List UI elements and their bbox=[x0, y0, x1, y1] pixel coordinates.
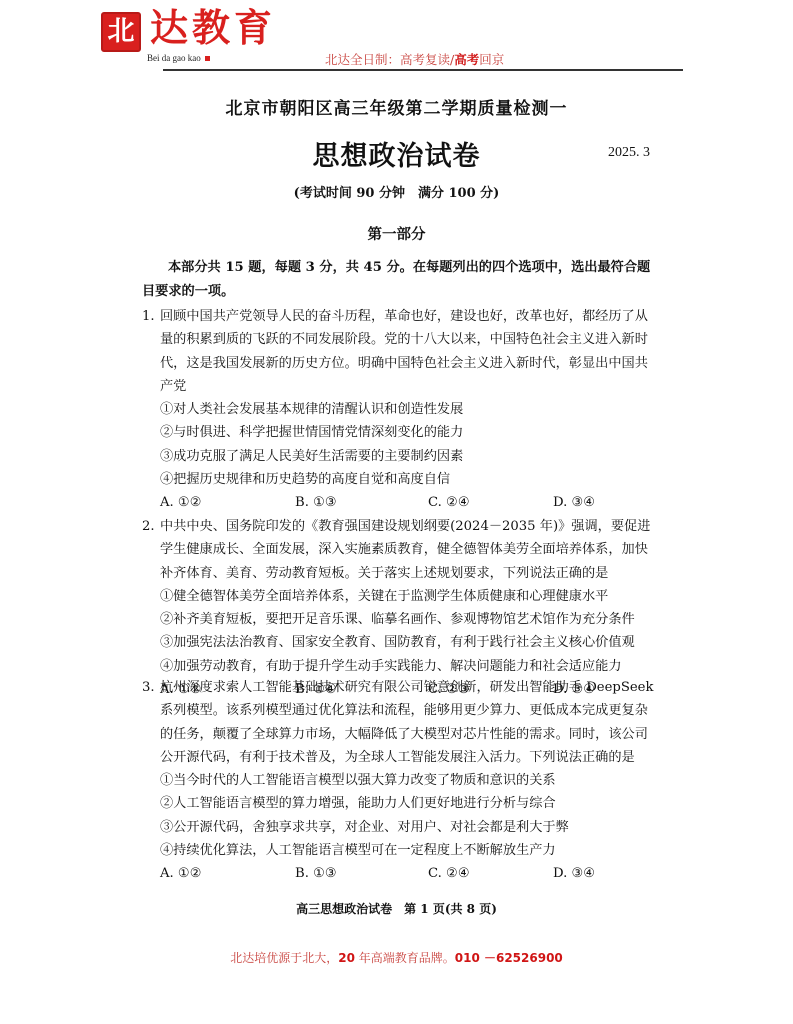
question-stem: 1. 回顾中国共产党领导人民的奋斗历程，革命也好，建设也好，改革也好，都经历了从… bbox=[142, 305, 657, 398]
exam-date: 2025. 3 bbox=[608, 145, 650, 161]
exam-subtitle: 北京市朝阳区高三年级第二学期质量检测一 bbox=[0, 94, 793, 119]
brand-slogan: 北达全日制：高考复读/高考回京 bbox=[325, 50, 504, 68]
question-stem-text: 杭州深度求索人工智能基础技术研究有限公司锐意创新，研发出智能助手 DeepSee… bbox=[160, 680, 653, 765]
option-c[interactable]: C. ②④ bbox=[428, 862, 470, 885]
option-d[interactable]: D. ③④ bbox=[553, 862, 595, 885]
option-a[interactable]: A. ①② bbox=[160, 862, 202, 885]
question-3: 3. 杭州深度求索人工智能基础技术研究有限公司锐意创新，研发出智能助手 Deep… bbox=[142, 676, 657, 885]
statement: ③成功克服了满足人民美好生活需要的主要制约因素 bbox=[142, 445, 657, 468]
promo-middle: 年高端教育品牌。 bbox=[355, 951, 455, 965]
answer-options: A. ①② B. ①③ C. ②④ D. ③④ bbox=[142, 491, 657, 514]
exam-time-info: (考试时间 90 分钟 满分 100 分) bbox=[0, 182, 793, 201]
question-stem-text: 中共中央、国务院印发的《教育强国建设规划纲要(2024－2035 年)》强调，要… bbox=[160, 519, 650, 581]
question-2: 2. 中共中央、国务院印发的《教育强国建设规划纲要(2024－2035 年)》强… bbox=[142, 515, 657, 701]
question-stem: 2. 中共中央、国务院印发的《教育强国建设规划纲要(2024－2035 年)》强… bbox=[142, 515, 657, 585]
question-stem-text: 回顾中国共产党领导人民的奋斗历程，革命也好，建设也好，改革也好，都经历了从量的积… bbox=[160, 309, 648, 394]
slogan-suffix: 回京 bbox=[479, 52, 504, 67]
brand-logo-text: 达教育 bbox=[150, 6, 276, 50]
statement: ③加强宪法法治教育、国家安全教育、国防教育，有利于践行社会主义核心价值观 bbox=[142, 631, 657, 654]
exam-title: 思想政治试卷 bbox=[0, 134, 793, 173]
statement: ①对人类社会发展基本规律的清醒认识和创造性发展 bbox=[142, 398, 657, 421]
statement: ①健全德智体美劳全面培养体系，关键在于监测学生体质健康和心理健康水平 bbox=[142, 585, 657, 608]
promo-footer: 北达培优源于北大，20 年高端教育品牌。010 －62526900 bbox=[0, 949, 793, 966]
statement: ④持续优化算法，人工智能语言模型可在一定程度上不断解放生产力 bbox=[142, 839, 657, 862]
answer-options: A. ①② B. ①③ C. ②④ D. ③④ bbox=[142, 862, 657, 885]
question-number: 2. bbox=[142, 515, 155, 538]
header-divider bbox=[163, 69, 683, 71]
option-d[interactable]: D. ③④ bbox=[553, 491, 595, 514]
promo-prefix: 北达培优源于北大， bbox=[230, 951, 338, 965]
slogan-prefix: 北达全日制：高考复读/ bbox=[325, 52, 454, 67]
statement: ②与时俱进、科学把握世情国情党情深刻变化的能力 bbox=[142, 421, 657, 444]
question-number: 1. bbox=[142, 305, 155, 328]
brand-logo-mark: 北 bbox=[101, 12, 141, 52]
brand-logo-subtitle: Bei da gao kao bbox=[147, 53, 210, 63]
square-icon bbox=[205, 56, 210, 61]
statement: ①当今时代的人工智能语言模型以强大算力改变了物质和意识的关系 bbox=[142, 769, 657, 792]
promo-years: 20 bbox=[338, 951, 355, 965]
option-a[interactable]: A. ①② bbox=[160, 491, 202, 514]
question-1: 1. 回顾中国共产党领导人民的奋斗历程，革命也好，建设也好，改革也好，都经历了从… bbox=[142, 305, 657, 514]
part-instructions: 本部分共 15 题，每题 3 分，共 45 分。在每题列出的四个选项中，选出最符… bbox=[142, 256, 657, 304]
option-c[interactable]: C. ②④ bbox=[428, 491, 470, 514]
statement: ④加强劳动教育，有助于提升学生动手实践能力、解决问题能力和社会适应能力 bbox=[142, 655, 657, 678]
statement: ②补齐美育短板，要把开足音乐课、临摹名画作、参观博物馆艺术馆作为充分条件 bbox=[142, 608, 657, 631]
option-b[interactable]: B. ①③ bbox=[295, 862, 337, 885]
question-number: 3. bbox=[142, 676, 155, 699]
statement: ②人工智能语言模型的算力增强，能助力人们更好地进行分析与综合 bbox=[142, 792, 657, 815]
page-number-footer: 高三思想政治试卷 第 1 页(共 8 页) bbox=[0, 900, 793, 917]
brand-pinyin: Bei da gao kao bbox=[147, 53, 201, 63]
statement: ④把握历史规律和历史趋势的高度自觉和高度自信 bbox=[142, 468, 657, 491]
slogan-bold: 高考 bbox=[454, 52, 479, 67]
part-title: 第一部分 bbox=[0, 223, 793, 244]
option-b[interactable]: B. ①③ bbox=[295, 491, 337, 514]
question-stem: 3. 杭州深度求索人工智能基础技术研究有限公司锐意创新，研发出智能助手 Deep… bbox=[142, 676, 657, 769]
promo-phone: 010 －62526900 bbox=[455, 951, 563, 965]
statement: ③公开源代码，舍独享求共享，对企业、对用户、对社会都是利大于弊 bbox=[142, 816, 657, 839]
